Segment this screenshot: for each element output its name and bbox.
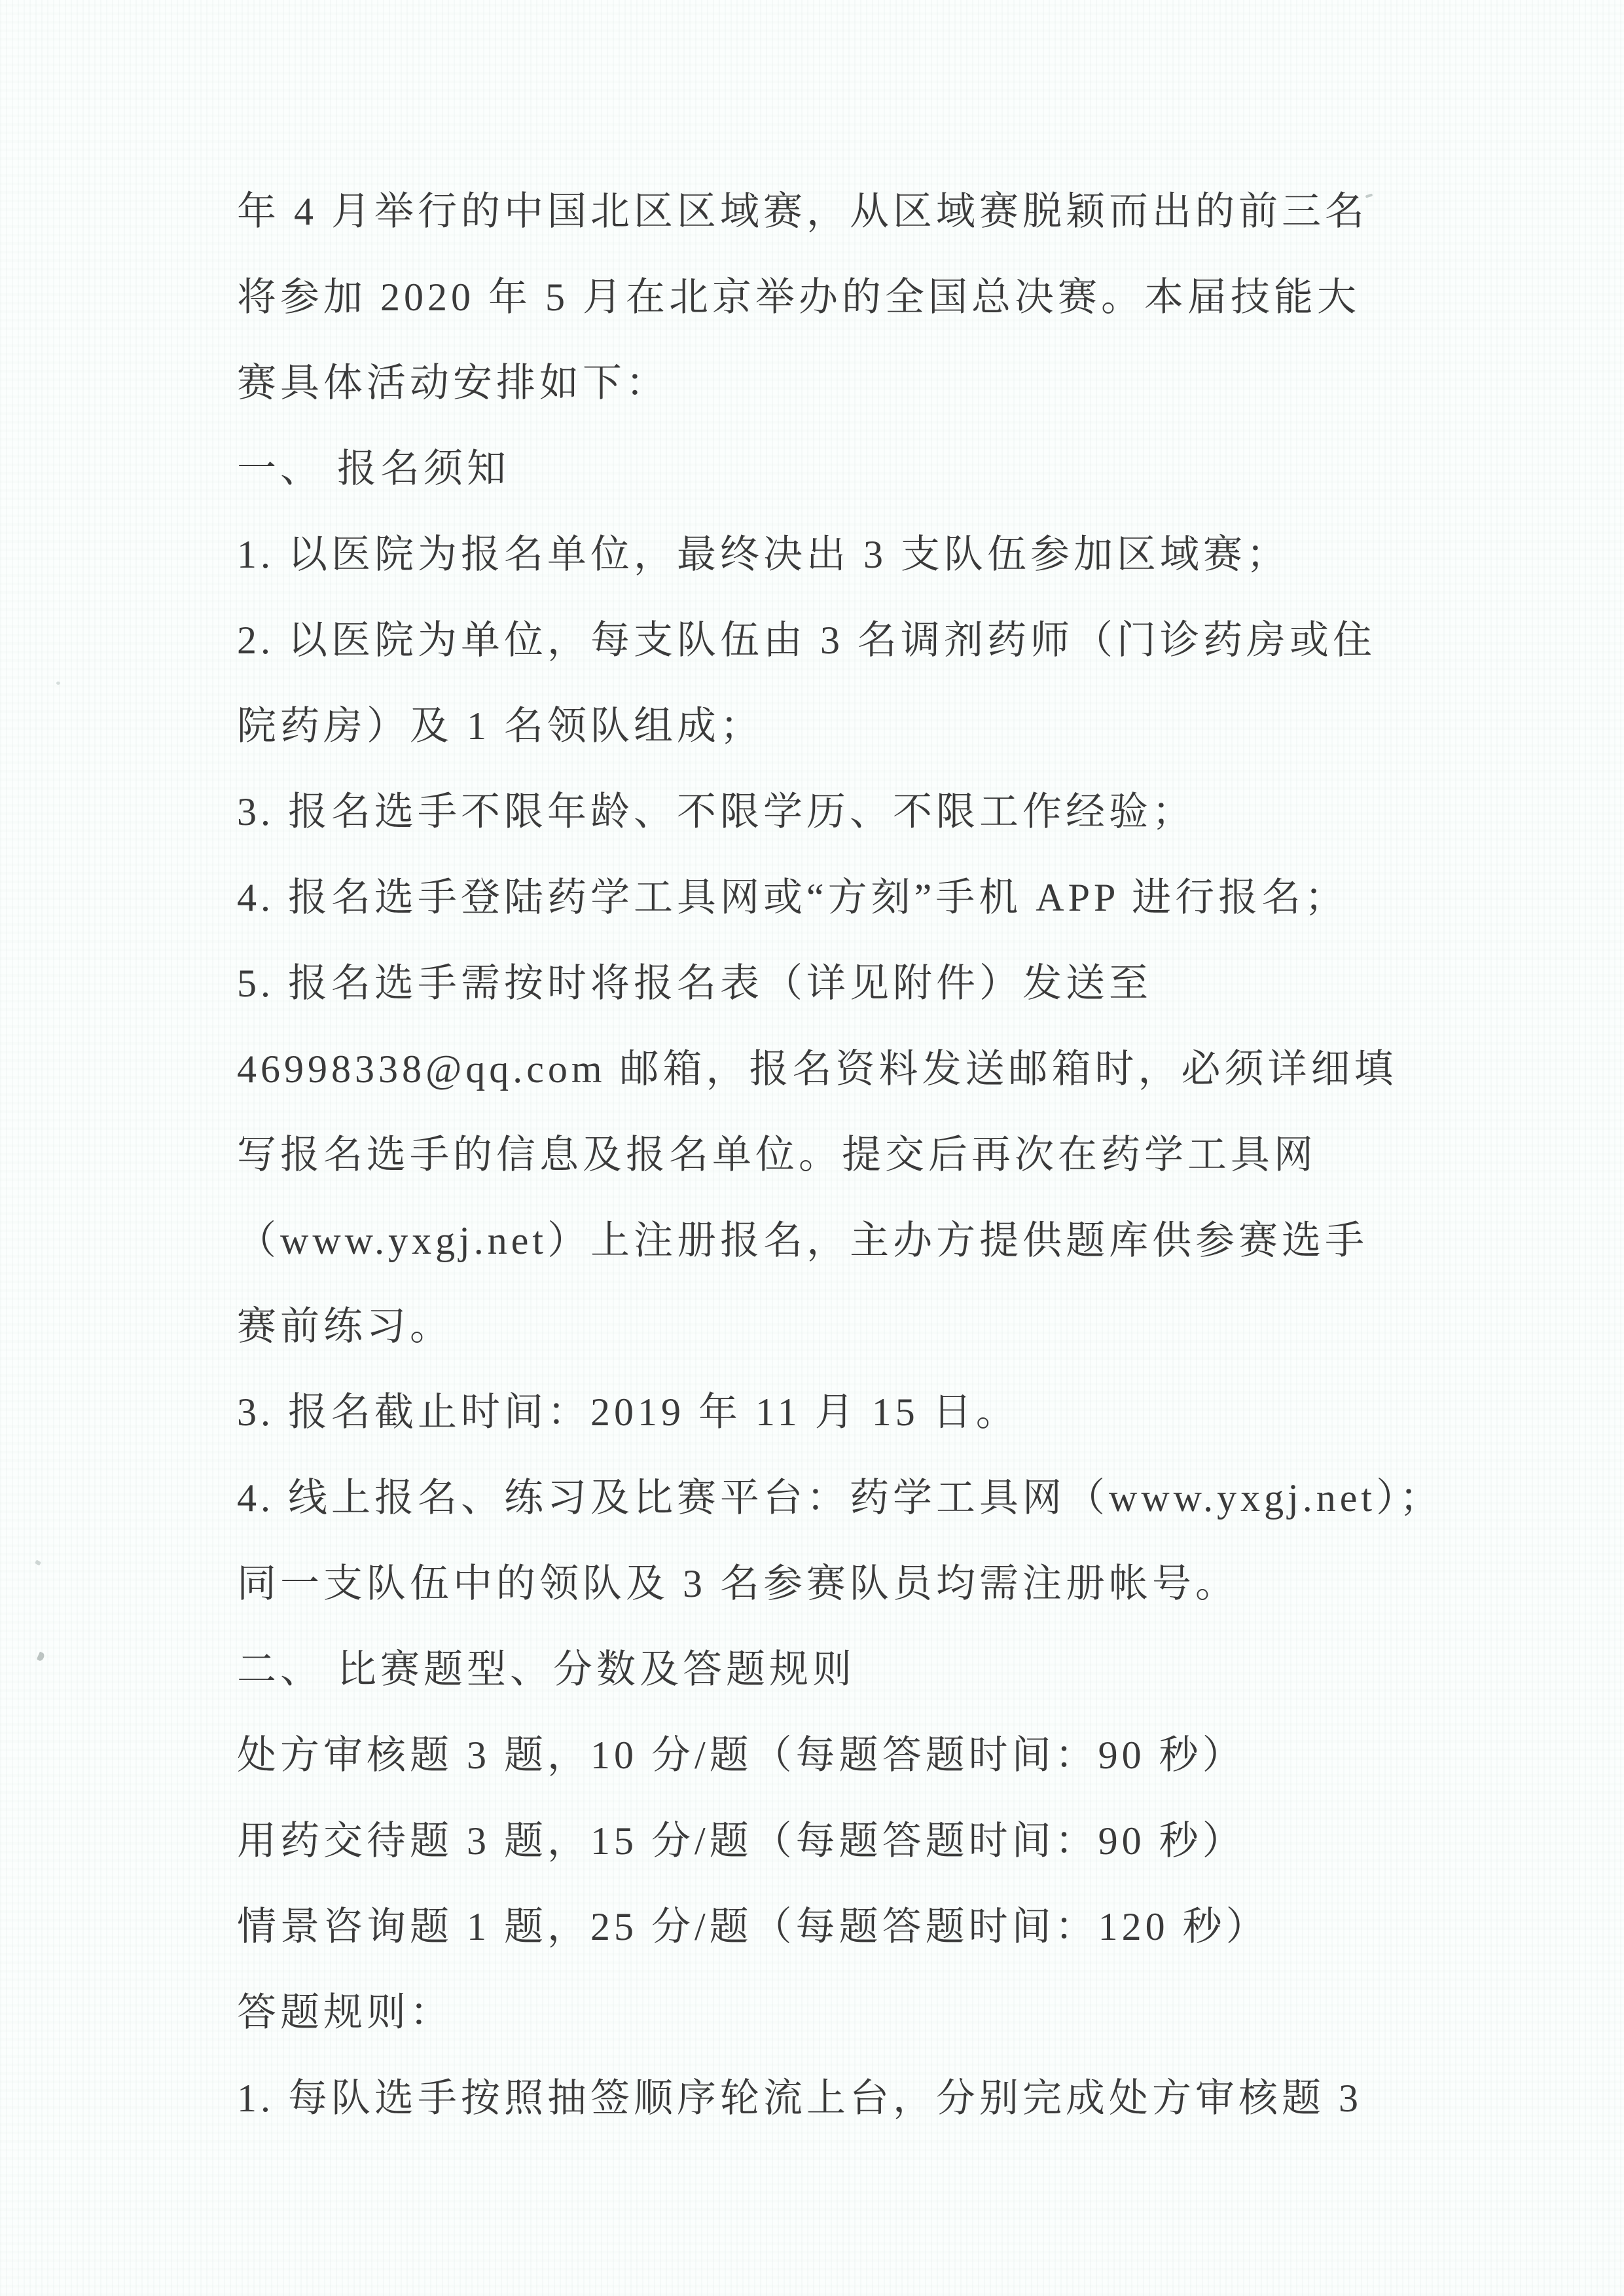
text-line: 处方审核题 3 题，10 分/题（每题答题时间：90 秒） [237, 1713, 1392, 1798]
text-line: 情景咨询题 1 题，25 分/题（每题答题时间：120 秒） [237, 1884, 1392, 1970]
list-item: 1. 每队选手按照抽签顺序轮流上台，分别完成处方审核题 3 [237, 2056, 1392, 2141]
text-line: 院药房）及 1 名领队组成； [237, 683, 1392, 769]
list-item: 1. 以医院为报名单位，最终决出 3 支队伍参加区域赛； [237, 512, 1392, 598]
text-line: 赛具体活动安排如下： [237, 340, 1392, 426]
scan-speck [56, 682, 60, 685]
text-line: 答题规则： [237, 1970, 1392, 2056]
scan-speck [37, 1652, 46, 1662]
text-line: 赛前练习。 [237, 1284, 1392, 1370]
list-item: 4. 报名选手登陆药学工具网或“方刻”手机 APP 进行报名； [237, 855, 1392, 941]
text-line-email: 46998338@qq.com 邮箱，报名资料发送邮箱时，必须详细填 [237, 1027, 1392, 1112]
text-line-continuation: 年 4 月举行的中国北区区域赛，从区域赛脱颖而出的前三名 [237, 169, 1392, 255]
text-line: 将参加 2020 年 5 月在北京举办的全国总决赛。本届技能大 [237, 255, 1392, 340]
list-item: 5. 报名选手需按时将报名表（详见附件）发送至 [237, 941, 1392, 1027]
section-heading-registration: 一、 报名须知 [237, 426, 1392, 512]
list-item: 2. 以医院为单位，每支队伍由 3 名调剂药师（门诊药房或住 [237, 598, 1392, 683]
document-text-block: 年 4 月举行的中国北区区域赛，从区域赛脱颖而出的前三名 将参加 2020 年 … [237, 169, 1392, 2141]
section-heading-rules: 二、 比赛题型、分数及答题规则 [237, 1627, 1392, 1713]
list-item: 3. 报名选手不限年龄、不限学历、不限工作经验； [237, 769, 1392, 855]
list-item: 4. 线上报名、练习及比赛平台：药学工具网（www.yxgj.net）； [237, 1455, 1392, 1541]
scan-speck [35, 1559, 41, 1565]
text-line-url: （www.yxgj.net）上注册报名，主办方提供题库供参赛选手 [237, 1198, 1392, 1284]
text-line: 用药交待题 3 题，15 分/题（每题答题时间：90 秒） [237, 1798, 1392, 1884]
text-line: 写报名选手的信息及报名单位。提交后再次在药学工具网 [237, 1112, 1392, 1198]
text-line: 同一支队伍中的领队及 3 名参赛队员均需注册帐号。 [237, 1541, 1392, 1627]
list-item: 3. 报名截止时间：2019 年 11 月 15 日。 [237, 1370, 1392, 1455]
document-page: 年 4 月举行的中国北区区域赛，从区域赛脱颖而出的前三名 将参加 2020 年 … [0, 0, 1624, 2296]
